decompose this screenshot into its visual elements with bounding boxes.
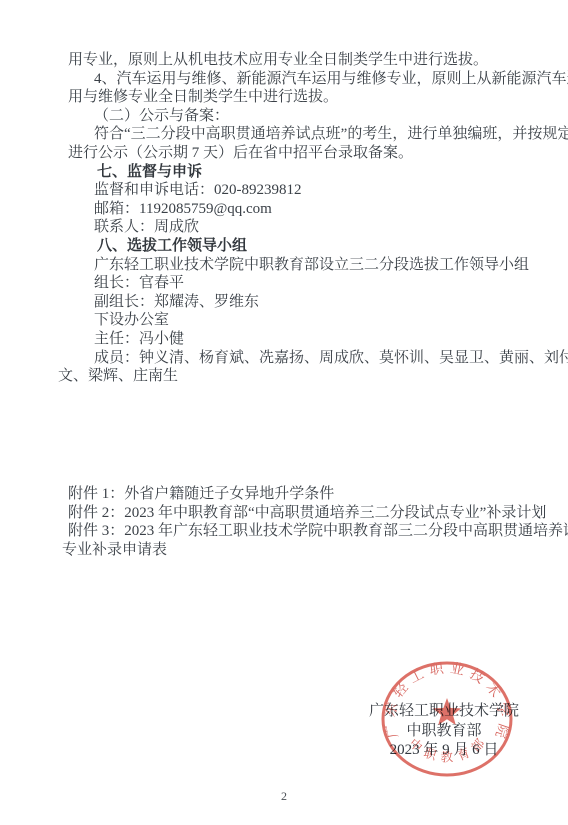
signature-dept: 中职教育部	[364, 722, 524, 742]
text-line: 下设办公室	[68, 311, 530, 330]
attachment-line: 附件 2：2023 年中职教育部“中高职贯通培养三二分段试点专业”补录计划	[68, 504, 538, 523]
text-line: 广东轻工职业技术学院中职教育部设立三二分段选拔工作领导小组	[68, 256, 530, 275]
text-line: 文、梁辉、庄南生	[58, 367, 530, 386]
text-line: 主任：冯小健	[68, 330, 530, 349]
text-line: 七、监督与申诉	[68, 163, 530, 182]
text-line: 用与维修专业全日制类学生中进行选拔。	[68, 88, 530, 107]
page-number: 2	[0, 789, 568, 804]
signature-block: 广东轻工职业技术学院 中职教育部 2023 年 9 月 6 日	[364, 702, 524, 761]
document-page: 用专业，原则上从机电技术应用专业全日制类学生中进行选拔。4、汽车运用与维修、新能…	[0, 0, 568, 825]
text-line: 副组长：郑耀涛、罗维东	[68, 293, 530, 312]
text-line: 组长：官春平	[68, 274, 530, 293]
text-line: 监督和申诉电话：020-89239812	[68, 181, 530, 200]
document-body: 用专业，原则上从机电技术应用专业全日制类学生中进行选拔。4、汽车运用与维修、新能…	[68, 51, 530, 386]
text-line: 4、汽车运用与维修、新能源汽车运用与维修专业，原则上从新能源汽车运	[68, 70, 530, 89]
text-line: 八、选拔工作领导小组	[68, 237, 530, 256]
attachment-line: 附件 1：外省户籍随迁子女异地升学条件	[68, 485, 538, 504]
attachment-line: 专业补录申请表	[62, 541, 538, 560]
attachment-line: 附件 3：2023 年广东轻工职业技术学院中职教育部三二分段中高职贯通培养试点	[68, 522, 538, 541]
signature-date: 2023 年 9 月 6 日	[364, 741, 524, 761]
text-line: 邮箱：1192085759@qq.com	[68, 200, 530, 219]
text-line: 用专业，原则上从机电技术应用专业全日制类学生中进行选拔。	[68, 51, 530, 70]
text-line: 符合“三二分段中高职贯通培养试点班”的考生，进行单独编班，并按规定	[68, 125, 530, 144]
text-line: 成员：钟义清、杨育斌、冼嘉扬、周成欣、莫怀训、吴显卫、黄丽、刘付金	[68, 349, 530, 368]
text-line: 进行公示（公示期 7 天）后在省中招平台录取备案。	[68, 144, 530, 163]
text-line: （二）公示与备案：	[68, 107, 530, 126]
attachments-list: 附件 1：外省户籍随迁子女异地升学条件附件 2：2023 年中职教育部“中高职贯…	[68, 485, 538, 560]
signature-org: 广东轻工职业技术学院	[364, 702, 524, 722]
text-line: 联系人：周成欣	[68, 218, 530, 237]
